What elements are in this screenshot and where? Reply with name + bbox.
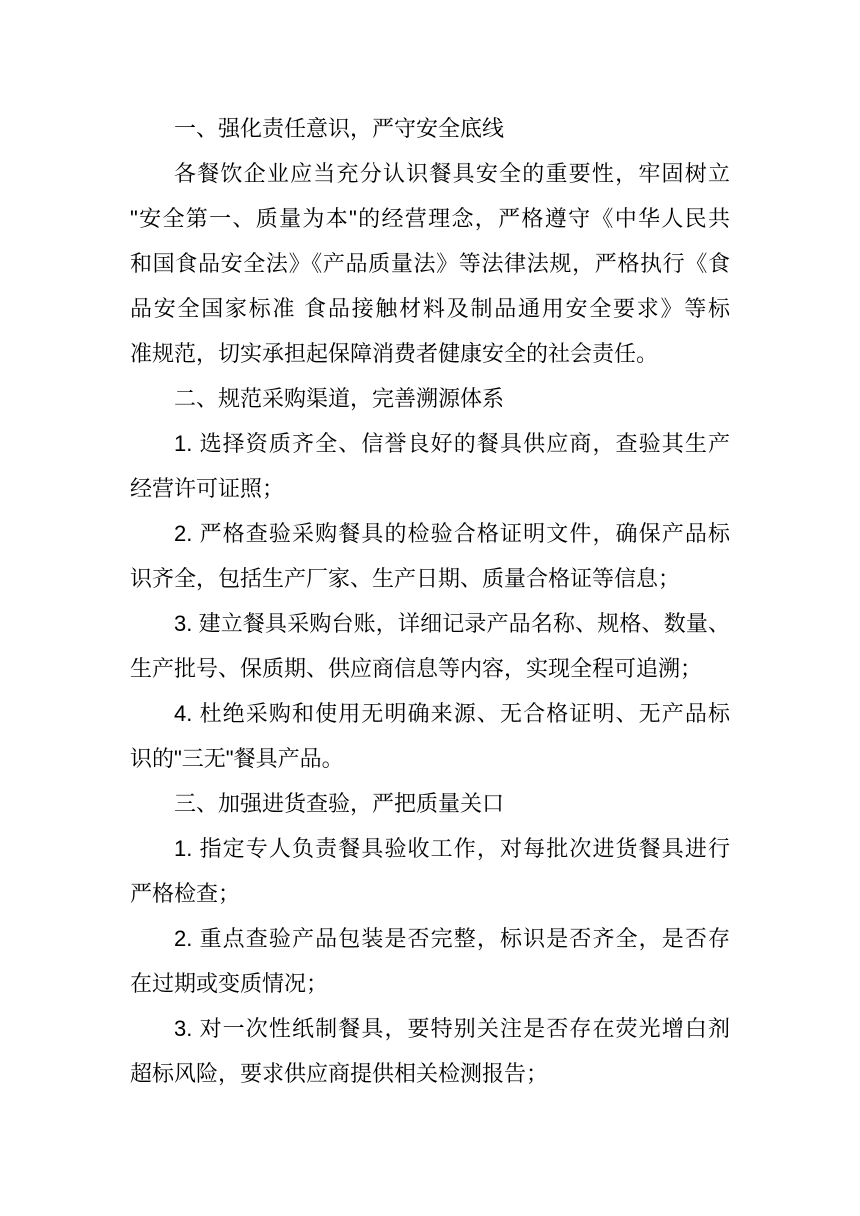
paragraph-numbered-item: 2. 严格查验采购餐具的检验合格证明文件，确保产品标识齐全，包括生产厂家、生产日… <box>130 511 730 601</box>
paragraph-numbered-item: 1. 选择资质齐全、信誉良好的餐具供应商，查验其生产经营许可证照； <box>130 421 730 511</box>
text-line: 识齐全，包括生产厂家、生产日期、质量合格证等信息； <box>130 556 730 601</box>
text-line: 2. 重点查验产品包装是否完整，标识是否齐全，是否存 <box>130 916 730 961</box>
text-line: 1. 选择资质齐全、信誉良好的餐具供应商，查验其生产 <box>130 421 730 466</box>
text-line: 4. 杜绝采购和使用无明确来源、无合格证明、无产品标 <box>130 691 730 736</box>
text-line: 识的"三无"餐具产品。 <box>130 736 730 781</box>
text-line: 三、加强进货查验，严把质量关口 <box>130 781 730 826</box>
text-line: 2. 严格查验采购餐具的检验合格证明文件，确保产品标 <box>130 511 730 556</box>
text-line: 二、规范采购渠道，完善溯源体系 <box>130 376 730 421</box>
paragraph-numbered-item: 1. 指定专人负责餐具验收工作，对每批次进货餐具进行严格检查； <box>130 826 730 916</box>
text-line: 各餐饮企业应当充分认识餐具安全的重要性，牢固树立 <box>130 151 730 196</box>
text-line: 3. 对一次性纸制餐具，要特别关注是否存在荧光增白剂 <box>130 1006 730 1051</box>
text-line: 在过期或变质情况； <box>130 961 730 1006</box>
text-line: 生产批号、保质期、供应商信息等内容，实现全程可追溯； <box>130 646 730 691</box>
paragraph-numbered-item: 4. 杜绝采购和使用无明确来源、无合格证明、无产品标识的"三无"餐具产品。 <box>130 691 730 781</box>
paragraph-section-heading: 一、强化责任意识，严守安全底线 <box>130 106 730 151</box>
paragraph-section-heading: 三、加强进货查验，严把质量关口 <box>130 781 730 826</box>
paragraph-numbered-item: 2. 重点查验产品包装是否完整，标识是否齐全，是否存在过期或变质情况； <box>130 916 730 1006</box>
text-line: "安全第一、质量为本"的经营理念，严格遵守《中华人民共 <box>130 196 730 241</box>
text-line: 品安全国家标准 食品接触材料及制品通用安全要求》等标 <box>130 286 730 331</box>
text-line: 3. 建立餐具采购台账，详细记录产品名称、规格、数量、 <box>130 601 730 646</box>
text-line: 经营许可证照； <box>130 466 730 511</box>
paragraph-numbered-item: 3. 对一次性纸制餐具，要特别关注是否存在荧光增白剂超标风险，要求供应商提供相关… <box>130 1006 730 1096</box>
document-text-block: 一、强化责任意识，严守安全底线各餐饮企业应当充分认识餐具安全的重要性，牢固树立"… <box>130 106 730 1096</box>
text-line: 一、强化责任意识，严守安全底线 <box>130 106 730 151</box>
text-line: 严格检查； <box>130 871 730 916</box>
text-line: 1. 指定专人负责餐具验收工作，对每批次进货餐具进行 <box>130 826 730 871</box>
document-page: 一、强化责任意识，严守安全底线各餐饮企业应当充分认识餐具安全的重要性，牢固树立"… <box>0 0 860 1216</box>
text-line: 和国食品安全法》《产品质量法》等法律法规，严格执行《食 <box>130 241 730 286</box>
paragraph-body: 各餐饮企业应当充分认识餐具安全的重要性，牢固树立"安全第一、质量为本"的经营理念… <box>130 151 730 376</box>
text-line: 准规范，切实承担起保障消费者健康安全的社会责任。 <box>130 331 730 376</box>
paragraph-numbered-item: 3. 建立餐具采购台账，详细记录产品名称、规格、数量、生产批号、保质期、供应商信… <box>130 601 730 691</box>
text-line: 超标风险，要求供应商提供相关检测报告； <box>130 1051 730 1096</box>
paragraph-section-heading: 二、规范采购渠道，完善溯源体系 <box>130 376 730 421</box>
